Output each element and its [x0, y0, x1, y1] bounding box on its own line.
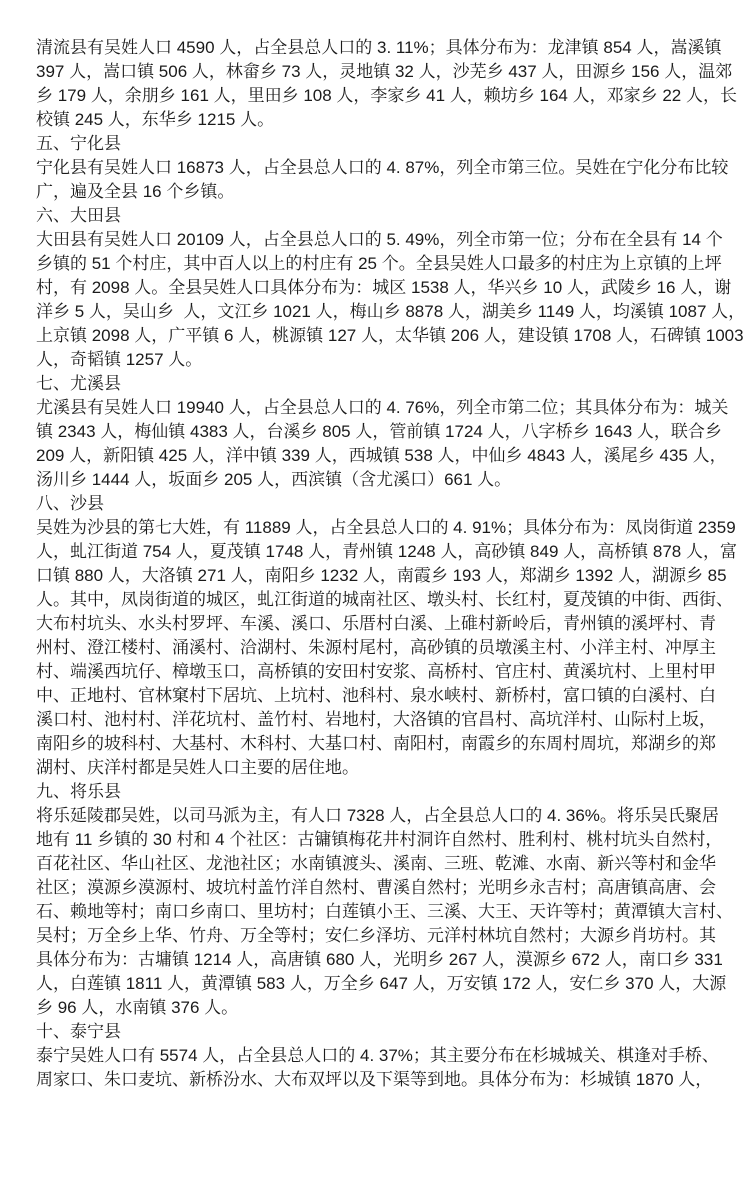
section-heading-youxi: 七、尤溪县: [36, 372, 722, 396]
section-heading-shaxian: 八、沙县: [36, 492, 722, 516]
section-heading-ninghua: 五、宁化县: [36, 132, 722, 156]
paragraph-qingliu-distribution: 清流县有吴姓人口 4590 人，占全县总人口的 3. 11%；具体分布为：龙津镇…: [36, 36, 722, 132]
document-page: 清流县有吴姓人口 4590 人，占全县总人口的 3. 11%；具体分布为：龙津镇…: [0, 0, 750, 1197]
section-heading-taining: 十、泰宁县: [36, 1020, 722, 1044]
paragraph-shaxian-distribution: 吴姓为沙县的第七大姓，有 11889 人，占全县总人口的 4. 91%；具体分布…: [36, 516, 722, 780]
section-heading-datian: 六、大田县: [36, 204, 722, 228]
document-body: 清流县有吴姓人口 4590 人，占全县总人口的 3. 11%；具体分布为：龙津镇…: [0, 0, 750, 1092]
paragraph-youxi-distribution: 尤溪县有吴姓人口 19940 人，占全县总人口的 4. 76%，列全市第二位；其…: [36, 396, 722, 492]
paragraph-taining-distribution: 泰宁吴姓人口有 5574 人，占全县总人口的 4. 37%；其主要分布在杉城城关…: [36, 1044, 722, 1092]
section-heading-jiangle: 九、将乐县: [36, 780, 722, 804]
paragraph-jiangle-distribution: 将乐延陵郡吴姓，以司马派为主，有人口 7328 人，占全县总人口的 4. 36%…: [36, 804, 722, 1020]
paragraph-ninghua-distribution: 宁化县有吴姓人口 16873 人，占全县总人口的 4. 87%，列全市第三位。吴…: [36, 156, 722, 204]
paragraph-datian-distribution: 大田县有吴姓人口 20109 人，占全县总人口的 5. 49%，列全市第一位；分…: [36, 228, 722, 372]
